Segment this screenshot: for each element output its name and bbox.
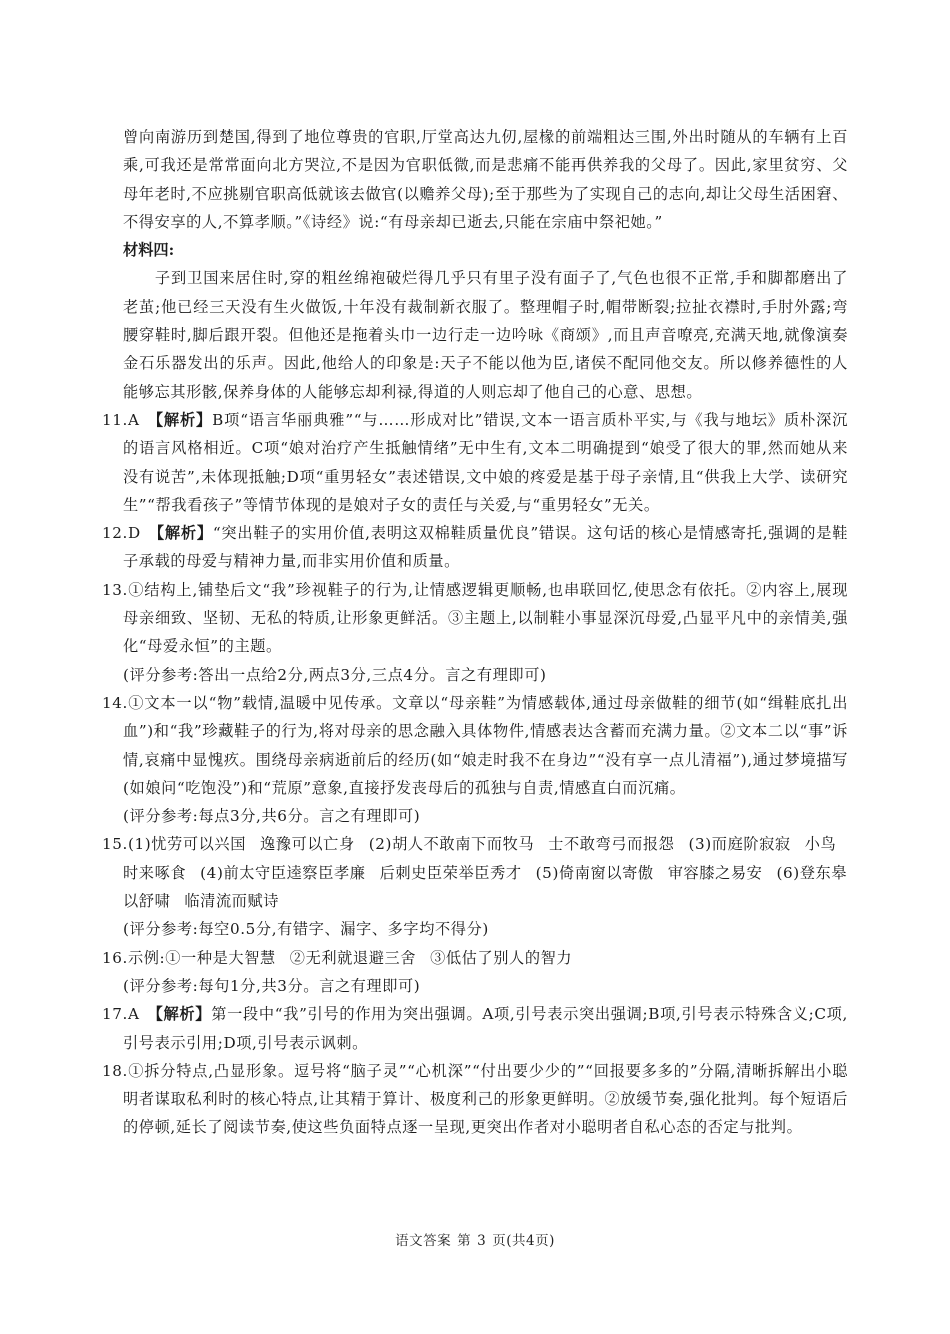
- analysis-tag: 【解析】: [149, 524, 213, 542]
- answer-text: ①拆分特点,凸显形象。逗号将“脑子灵”“心机深”“付出要少少的”“回报要多多的”…: [123, 1062, 848, 1137]
- scoring-note-14: (评分参考:每点3分,共6分。言之有理即可): [102, 802, 848, 830]
- answer-text: 第一段中“我”引号的作用为突出强调。A项,引号表示突出强调;B项,引号表示特殊含…: [123, 1005, 848, 1051]
- example-1: ①一种是大智慧: [165, 949, 276, 967]
- blank-1: (1)忧劳可以兴国: [128, 835, 246, 853]
- answer-text: B项“语言华丽典雅”“与……形成对比”错误,文本一语言质朴平实,与《我与地坛》质…: [123, 411, 848, 514]
- blank-2: 逸豫可以亡身: [260, 835, 355, 853]
- answer-number: 11.A: [102, 411, 140, 429]
- answer-11: 11.A【解析】B项“语言华丽典雅”“与……形成对比”错误,文本一语言质朴平实,…: [102, 406, 848, 519]
- answer-18: 18.①拆分特点,凸显形象。逗号将“脑子灵”“心机深”“付出要少少的”“回报要多…: [102, 1057, 848, 1142]
- answer-number: 18.: [102, 1062, 128, 1080]
- scoring-note-16: (评分参考:每句1分,共3分。言之有理即可): [102, 972, 848, 1000]
- example-2: ②无利就退避三舍: [290, 949, 416, 967]
- answer-13: 13.①结构上,铺垫后文“我”珍视鞋子的行为,让情感逻辑更顺畅,也串联回忆,使思…: [102, 576, 848, 661]
- answer-number: 14.: [102, 694, 128, 712]
- material4-paragraph: 子到卫国来居住时,穿的粗丝绵袍破烂得几乎只有里子没有面子了,气色也很不正常,手和…: [102, 264, 848, 405]
- answer-number: 17.A: [102, 1005, 140, 1023]
- blank-5: (3)而庭阶寂寂: [688, 835, 790, 853]
- footer-page-suffix: 页(共4页): [492, 1233, 555, 1249]
- blank-3: (2)胡人不敢南下而牧马: [369, 835, 534, 853]
- answer-number: 12.D: [102, 524, 141, 542]
- example-prefix: 示例:: [128, 949, 165, 967]
- answer-number: 15.: [102, 835, 128, 853]
- answer-12: 12.D【解析】“突出鞋子的实用价值,表明这双棉鞋质量优良”错误。这句话的核心是…: [102, 519, 848, 576]
- answer-text: ①结构上,铺垫后文“我”珍视鞋子的行为,让情感逻辑更顺畅,也串联回忆,使思念有依…: [123, 581, 848, 656]
- scoring-note-15: (评分参考:每空0.5分,有错字、漏字、多字均不得分): [102, 915, 848, 943]
- blank-12: 临清流而赋诗: [184, 892, 279, 910]
- material4-heading: 材料四:: [102, 236, 848, 264]
- answer-number: 13.: [102, 581, 128, 599]
- answer-number: 16.: [102, 949, 128, 967]
- page-footer: 语文答案第3页(共4页): [0, 1229, 950, 1249]
- answer-16: 16.示例:①一种是大智慧②无利就退避三舍③低估了别人的智力: [102, 944, 848, 972]
- analysis-tag: 【解析】: [148, 1005, 212, 1023]
- answer-text: “突出鞋子的实用价值,表明这双棉鞋质量优良”错误。这句话的核心是情感寄托,强调的…: [123, 524, 848, 570]
- example-3: ③低估了别人的智力: [430, 949, 572, 967]
- blank-10: 审容膝之易安: [668, 864, 763, 882]
- analysis-tag: 【解析】: [148, 411, 213, 429]
- blank-9: (5)倚南窗以寄傲: [536, 864, 654, 882]
- scoring-note-13: (评分参考:答出一点给2分,两点3分,三点4分。言之有理即可): [102, 661, 848, 689]
- answer-17: 17.A【解析】第一段中“我”引号的作用为突出强调。A项,引号表示突出强调;B项…: [102, 1000, 848, 1057]
- answer-page: 曾向南游历到楚国,得到了地位尊贵的官职,厅堂高达九仞,屋椽的前端粗达三围,外出时…: [102, 123, 848, 1142]
- blank-7: (4)前太守臣逵察臣孝廉: [200, 864, 365, 882]
- answer-15: 15.(1)忧劳可以兴国逸豫可以亡身(2)胡人不敢南下而牧马士不敢弯弓而报怨(3…: [102, 830, 848, 915]
- footer-page-prefix: 第: [457, 1233, 471, 1249]
- footer-page-number: 3: [477, 1233, 486, 1249]
- answer-text: ①文本一以“物”载情,温暖中见传承。文章以“母亲鞋”为情感载体,通过母亲做鞋的细…: [123, 694, 848, 797]
- answer-14: 14.①文本一以“物”载情,温暖中见传承。文章以“母亲鞋”为情感载体,通过母亲做…: [102, 689, 848, 802]
- material3-tail-paragraph: 曾向南游历到楚国,得到了地位尊贵的官职,厅堂高达九仞,屋椽的前端粗达三围,外出时…: [102, 123, 848, 236]
- blank-8: 后刺史臣荣举臣秀才: [380, 864, 522, 882]
- footer-subject: 语文答案: [395, 1233, 451, 1249]
- blank-4: 士不敢弯弓而报怨: [548, 835, 674, 853]
